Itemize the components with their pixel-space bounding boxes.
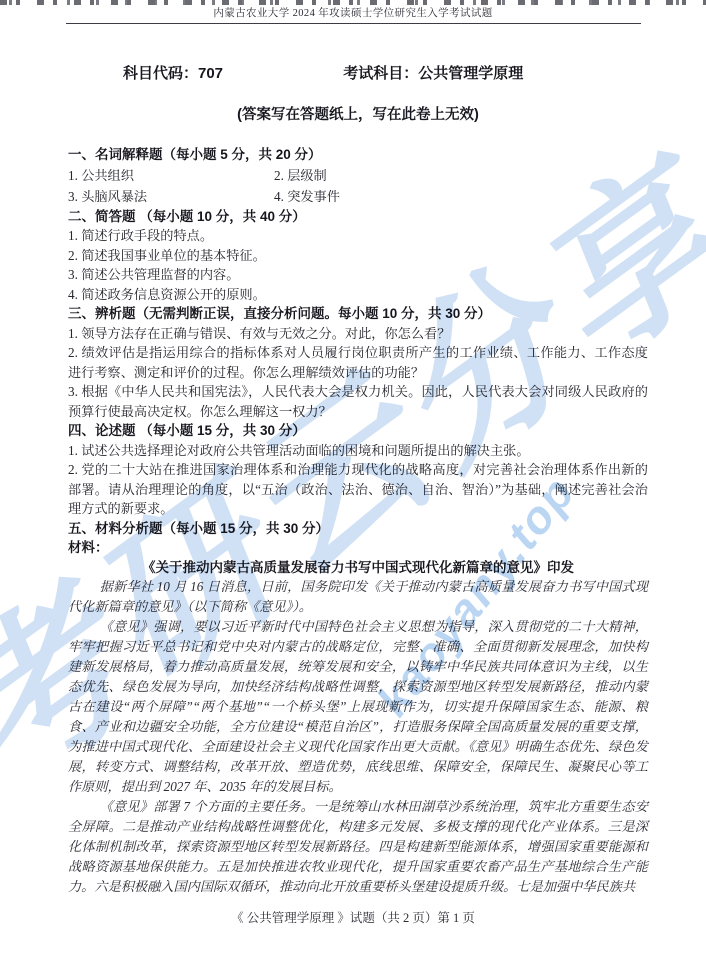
header-divider bbox=[66, 23, 641, 24]
question-item: 2. 绩效评估是指运用综合的指标体系对人员履行岗位职责所产生的工作业绩、工作能力… bbox=[68, 343, 648, 382]
page-header-title: 内蒙古农业大学 2024 年攻读硕士学位研究生入学考试试题 bbox=[0, 7, 706, 20]
page-footer: 《 公共管理学原理 》试题（共 2 页）第 1 页 bbox=[0, 908, 706, 926]
term-item: 2. 层级制 bbox=[274, 165, 648, 186]
term-item: 1. 公共组织 bbox=[68, 165, 274, 186]
material-label: 材料： bbox=[68, 538, 648, 558]
section-4-title: 四、论述题 （每小题 15 分，共 30 分） bbox=[68, 421, 648, 441]
question-item: 2. 党的二十大站在推进国家治理体系和治理能力现代化的战略高度，对完善社会治理体… bbox=[68, 460, 648, 519]
section-3-title: 三、辨析题（无需判断正误，直接分析问题。每小题 10 分，共 30 分） bbox=[68, 304, 648, 324]
question-item: 3. 简述公共管理监督的内容。 bbox=[68, 265, 648, 285]
question-item: 4. 简述政务信息资源公开的原则。 bbox=[68, 285, 648, 305]
question-item: 1. 简述行政手段的特点。 bbox=[68, 226, 648, 246]
material-paragraph: 《意见》部署 7 个方面的主要任务。一是统筹山水林田湖草沙系统治理，筑牢北方重要… bbox=[68, 797, 648, 897]
material-text: 据新华社 10 月 16 日消息，日前，国务院印发《关于推动内蒙古高质量发展奋力… bbox=[68, 577, 648, 897]
term-item: 3. 头脑风暴法 bbox=[68, 186, 274, 207]
scan-cutoff-artifacts bbox=[0, 0, 706, 5]
section-2-title: 二、简答题 （每小题 10 分，共 40 分） bbox=[68, 207, 648, 227]
term-item: 4. 突发事件 bbox=[274, 186, 648, 207]
exam-subject: 考试科目：公共管理学原理 bbox=[343, 65, 523, 82]
material-title: 《关于推动内蒙古高质量发展奋力书写中国式现代化新篇章的意见》印发 bbox=[68, 558, 648, 578]
answer-notice: (答案写在答题纸上，写在此卷上无效) bbox=[68, 106, 648, 124]
subject-code: 科目代码：707 bbox=[123, 65, 223, 82]
exam-body: 科目代码：707 考试科目：公共管理学原理 (答案写在答题纸上，写在此卷上无效)… bbox=[0, 65, 706, 897]
section-1-terms: 1. 公共组织 2. 层级制 3. 头脑风暴法 4. 突发事件 bbox=[68, 165, 648, 207]
question-item: 1. 领导方法存在正确与错误、有效与无效之分。对此，你怎么看？ bbox=[68, 324, 648, 344]
question-item: 3. 根据《中华人民共和国宪法》，人民代表大会是权力机关。因此，人民代表大会对同… bbox=[68, 382, 648, 421]
section-5-title: 五、材料分析题（每小题 15 分，共 30 分） bbox=[68, 519, 648, 539]
exam-paper-page: 内蒙古农业大学 2024 年攻读硕士学位研究生入学考试试题 科目代码：707 考… bbox=[0, 0, 706, 959]
section-1-title: 一、名词解释题（每小题 5 分，共 20 分） bbox=[68, 145, 648, 165]
question-item: 1. 试述公共选择理论对政府公共管理活动面临的困境和问题所提出的解决主张。 bbox=[68, 441, 648, 461]
subject-code-row: 科目代码：707 考试科目：公共管理学原理 bbox=[68, 65, 648, 83]
question-item: 2. 简述我国事业单位的基本特征。 bbox=[68, 246, 648, 266]
material-paragraph: 据新华社 10 月 16 日消息，日前，国务院印发《关于推动内蒙古高质量发展奋力… bbox=[68, 577, 648, 617]
material-paragraph: 《意见》强调，要以习近平新时代中国特色社会主义思想为指导，深入贯彻党的二十大精神… bbox=[68, 617, 648, 797]
